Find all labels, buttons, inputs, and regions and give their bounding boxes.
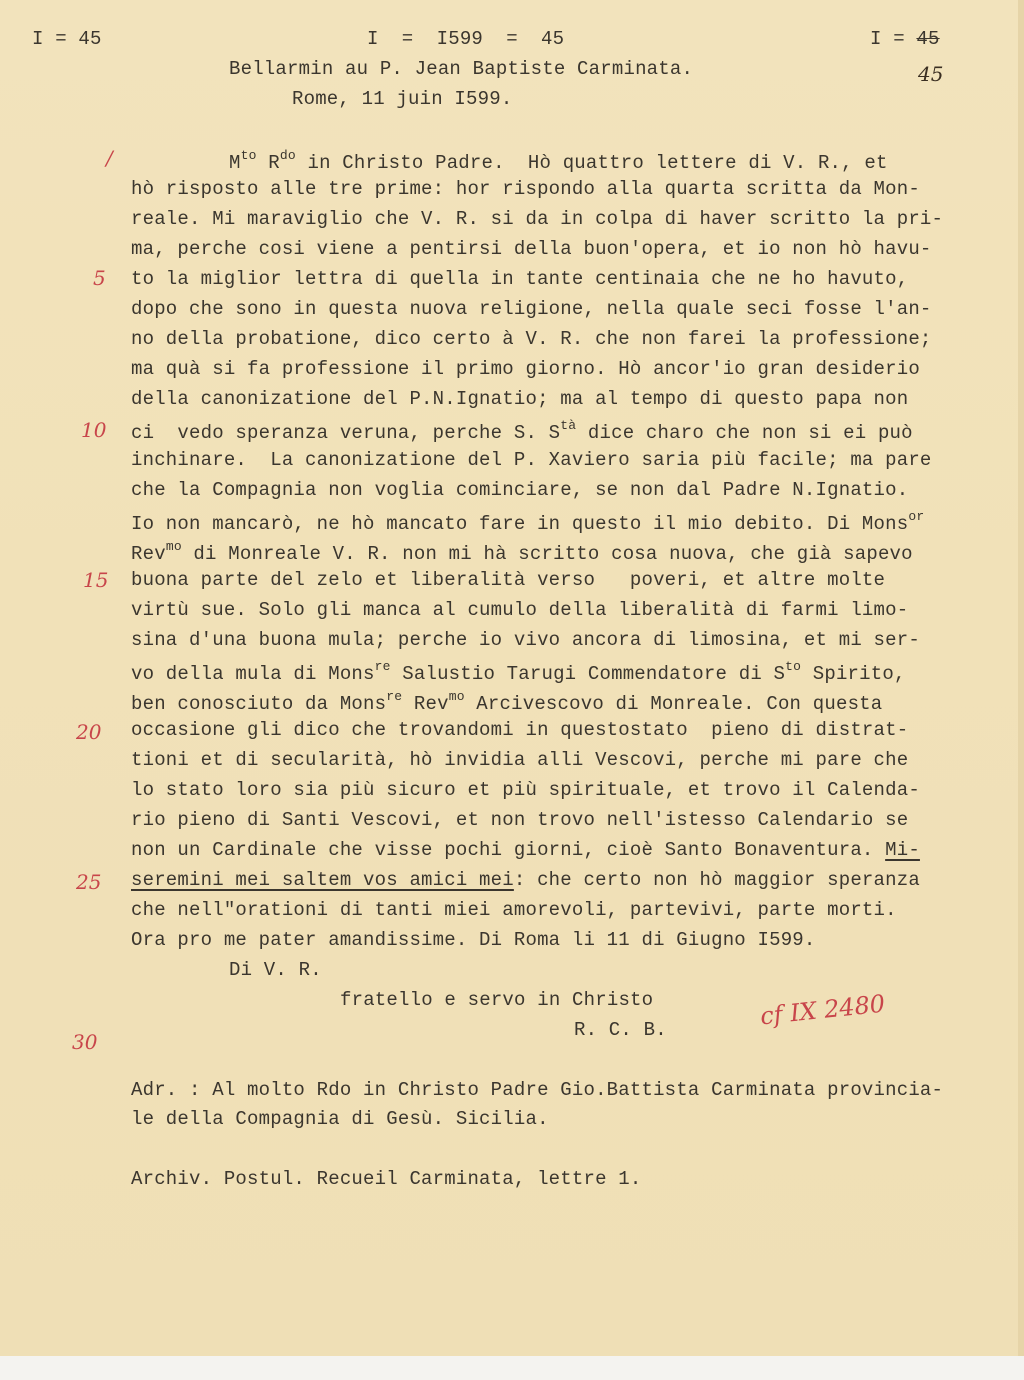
address-line-1: Adr. : Al molto Rdo in Christo Padre Gio… [131, 1079, 943, 1101]
letter-line-18: vo della mula di Monsre Salustio Tarugi … [131, 659, 906, 685]
handwritten-page-number: 45 [918, 62, 943, 86]
right-reference: I = 45 [870, 28, 940, 50]
letter-line-8: ma quà si fa professione il primo giorno… [131, 358, 920, 380]
margin-number-25: 25 [76, 870, 101, 894]
letter-line-25: seremini mei saltem vos amici mei: che c… [131, 869, 920, 891]
letter-line-19: ben conosciuto da Monsre Revmo Arcivesco… [131, 689, 882, 715]
letter-signature: R. C. B. [574, 1019, 667, 1041]
letter-line-14: Revmo di Monreale V. R. non mi hà scritt… [131, 539, 913, 565]
handwritten-cross-reference: cf IX 2480 [759, 990, 886, 1031]
letter-line-4: ma, perche cosi viene a pentirsi della b… [131, 238, 932, 260]
letter-line-6: dopo che sono in questa nuova religione,… [131, 298, 932, 320]
letter-line-11: inchinare. La canonizatione del P. Xavie… [131, 449, 932, 471]
margin-number-1: / [106, 146, 113, 170]
letter-line-9: della canonizatione del P.N.Ignatio; ma … [131, 388, 908, 410]
letter-line-23: rio pieno di Santi Vescovi, et non trovo… [131, 809, 908, 831]
letter-line-24: non un Cardinale che visse pochi giorni,… [131, 839, 920, 861]
letter-line-12: che la Compagnia non voglia cominciare, … [131, 479, 908, 501]
letter-closing: Di V. R. [229, 959, 322, 981]
letter-line-15: buona parte del zelo et liberalità verso… [131, 569, 885, 591]
document-dateline: Rome, 11 juin I599. [292, 88, 512, 110]
letter-line-20: occasione gli dico che trovandomi in que… [131, 719, 908, 741]
margin-number-10: 10 [81, 418, 106, 442]
center-reference: I = I599 = 45 [367, 28, 564, 50]
letter-line-7: no della probatione, dico certo à V. R. … [131, 328, 932, 350]
archive-source: Archiv. Postul. Recueil Carminata, lettr… [131, 1168, 641, 1190]
scan-background-strip [0, 1356, 1024, 1380]
left-reference: I = 45 [32, 28, 102, 50]
letter-signoff: fratello e servo in Christo [340, 989, 653, 1011]
address-line-2: le della Compagnia di Gesù. Sicilia. [131, 1108, 549, 1130]
letter-line-10: ci vedo speranza veruna, perche S. Stà d… [131, 418, 913, 444]
margin-number-15: 15 [83, 568, 108, 592]
letter-line-16: virtù sue. Solo gli manca al cumulo dell… [131, 599, 908, 621]
letter-line-27: Ora pro me pater amandissime. Di Roma li… [131, 929, 816, 951]
underlined-quote: seremini mei saltem vos amici mei [131, 869, 514, 891]
margin-number-30: 30 [72, 1030, 97, 1054]
letter-line-2: hò risposto alle tre prime: hor rispondo… [131, 178, 920, 200]
underlined-quote-start: Mi- [885, 839, 920, 861]
letter-line-17: sina d'una buona mula; perche io vivo an… [131, 629, 920, 651]
letter-line-26: che nell"orationi di tanti miei amorevol… [131, 899, 897, 921]
letter-line-22: lo stato loro sia più sicuro et più spir… [131, 779, 920, 801]
letter-line-3: reale. Mi maraviglio che V. R. si da in … [131, 208, 943, 230]
document-title: Bellarmin au P. Jean Baptiste Carminata. [229, 58, 693, 80]
margin-number-20: 20 [76, 720, 101, 744]
letter-line-13: Io non mancarò, ne hò mancato fare in qu… [131, 509, 924, 535]
margin-number-5: 5 [93, 266, 106, 290]
letter-line-21: tioni et di secularità, hò invidia alli … [131, 749, 908, 771]
letter-line-1: Mto Rdo in Christo Padre. Hò quattro let… [229, 148, 888, 174]
struck-page-number: 45 [916, 28, 939, 50]
letter-line-5: to la miglior lettra di quella in tante … [131, 268, 908, 290]
document-page: I = 45 I = I599 = 45 I = 45 45 Bellarmin… [0, 0, 1024, 1356]
